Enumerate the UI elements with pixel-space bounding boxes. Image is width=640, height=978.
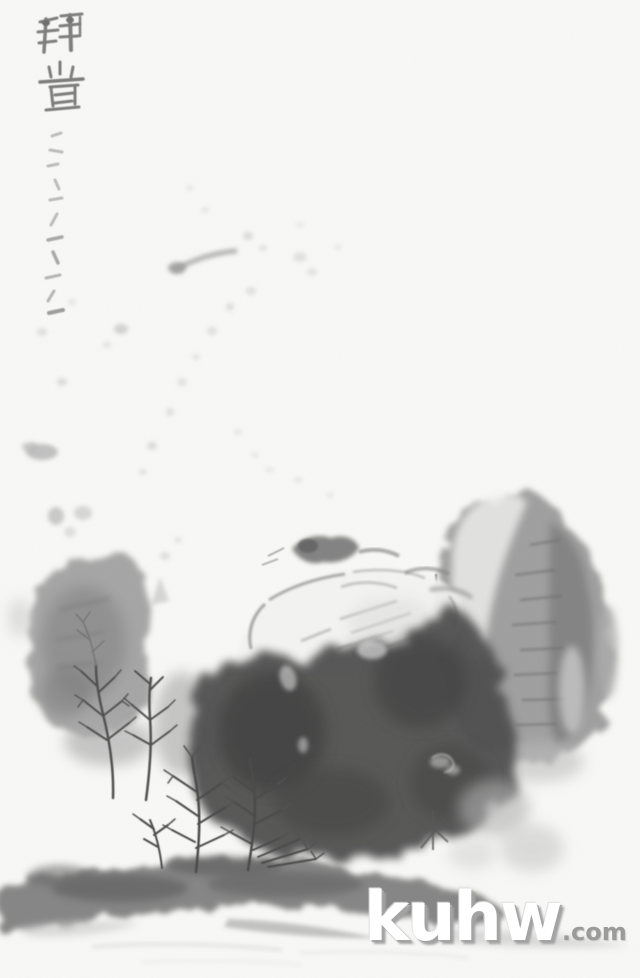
painting-canvas [0, 0, 640, 978]
painting-photo: kuhw.com [0, 0, 640, 978]
paper-grain-texture [0, 0, 640, 978]
